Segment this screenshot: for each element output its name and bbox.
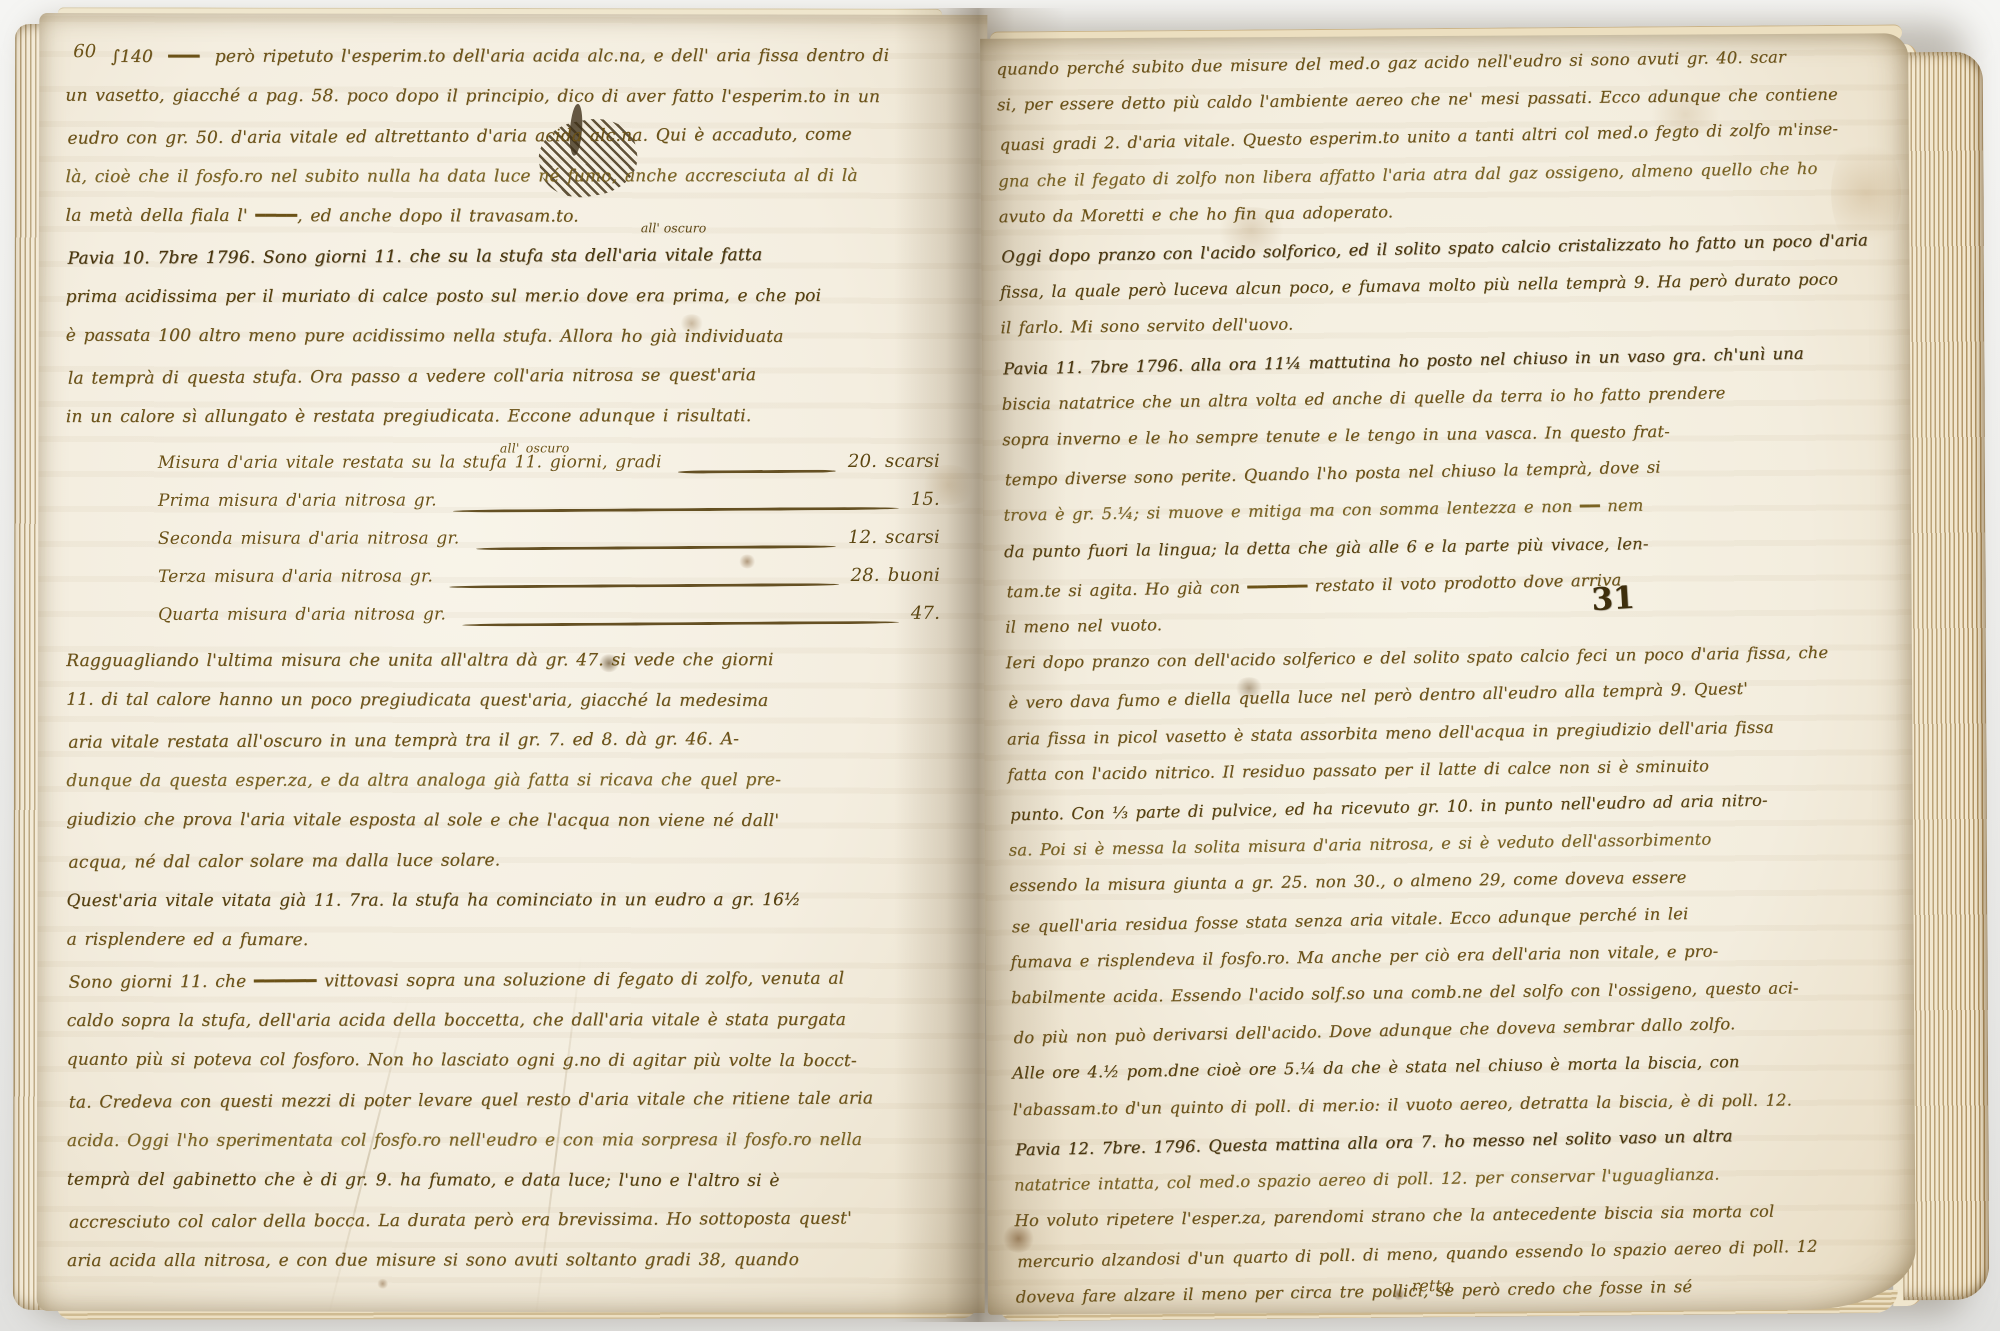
ruled-line xyxy=(453,507,899,513)
right-page-lines: quando perché subito due misure del med.… xyxy=(996,37,1916,1315)
manuscript-line: la temprà di questa stufa. Ora passo a v… xyxy=(68,354,934,399)
ruled-line xyxy=(462,621,899,627)
measurement-label: Prima misura d'aria nitrosa gr. xyxy=(158,481,437,521)
manuscript-line: aria vitale restata all'oscuro in una te… xyxy=(68,718,934,763)
left-page-upper-lines: ∫140 ━━━ però ripetuto l'esperim.to dell… xyxy=(65,36,932,437)
measurement-value: 15. xyxy=(911,480,940,520)
manuscript-line: un vasetto, giacché a pag. 58. poco dopo… xyxy=(65,76,931,118)
left-page: 60 all' oscuro ∫140 ━━━ però ripetuto l'… xyxy=(37,13,988,1313)
manuscript-line: ∫140 ━━━ però ripetuto l'esperim.to dell… xyxy=(65,36,931,77)
manuscript-line: acida. Oggi l'ho sperimentata col fosfo.… xyxy=(67,1120,933,1161)
right-page: 61 31 retta quando perché subito due mis… xyxy=(980,33,1916,1315)
measurement-label: Misura d'aria vitale restata su la stufa… xyxy=(158,442,662,483)
right-page-text: quando perché subito due misure del med.… xyxy=(996,37,1916,1315)
manuscript-line: Sono giorni 11. che ━━━━━━ vittovasi sop… xyxy=(69,958,935,1003)
manuscript-line: 11. di tal calore hanno un poco pregiudi… xyxy=(66,680,932,722)
measurement-label: Quarta misura d'aria nitrosa gr. xyxy=(158,595,446,635)
measurement-value: 47. xyxy=(911,594,940,634)
manuscript-line: in un calore sì allungato è restata preg… xyxy=(66,396,932,437)
manuscript-line: là, cioè che il fosfo.ro nel subito null… xyxy=(65,156,931,197)
ruled-line xyxy=(476,545,836,550)
manuscript-line: quanto più si poteva col fosforo. Non ho… xyxy=(67,1040,933,1082)
manuscript-line: Ragguagliando l'ultima misura che unita … xyxy=(66,640,932,681)
manuscript-line: acqua, né dal calor solare ma dalla luce… xyxy=(68,838,934,883)
manuscript-line: caldo sopra la stufa, dell'aria acida de… xyxy=(67,1000,933,1041)
manuscript-line: ta. Credeva con questi mezzi di poter le… xyxy=(69,1078,935,1123)
left-page-text: ∫140 ━━━ però ripetuto l'esperim.to dell… xyxy=(65,36,933,1281)
manuscript-line: Quest'aria vitale vitata già 11. 7ra. la… xyxy=(66,880,932,921)
measurement-value: 12. scarsi xyxy=(848,518,940,558)
ruled-line xyxy=(678,470,836,474)
manuscript-line: temprà del gabinetto che è di gr. 9. ha … xyxy=(67,1160,933,1202)
ruled-line xyxy=(449,583,839,589)
measurement-label: Terza misura d'aria nitrosa gr. xyxy=(158,557,433,597)
measurement-value: 20. scarsi xyxy=(848,442,940,482)
manuscript-line: aria acida alla nitrosa, e con due misur… xyxy=(67,1240,933,1281)
manuscript-line: giudizio che prova l'aria vitale esposta… xyxy=(66,800,932,842)
manuscript-line: a risplendere ed a fumare. xyxy=(67,920,933,962)
manuscript-line: accresciuto col calor della bocca. La du… xyxy=(69,1198,935,1243)
measurement-value: 28. buoni xyxy=(851,556,941,596)
measurement-label: Seconda misura d'aria nitrosa gr. xyxy=(158,519,460,559)
measurement-row: Prima misura d'aria nitrosa gr. 15. xyxy=(158,480,940,519)
manuscript-photo: 60 all' oscuro ∫140 ━━━ però ripetuto l'… xyxy=(0,0,2000,1331)
measurement-row: Seconda misura d'aria nitrosa gr. 12. sc… xyxy=(158,518,940,557)
manuscript-line: prima acidissima per il muriato di calce… xyxy=(66,276,932,317)
manuscript-line: è passata 100 altro meno pure acidissimo… xyxy=(66,316,932,358)
manuscript-line: Pavia 10. 7bre 1796. Sono giorni 11. che… xyxy=(68,234,934,279)
left-page-lower-lines: Ragguagliando l'ultima misura che unita … xyxy=(66,640,933,1281)
interlinear-insert: all' oscuro xyxy=(500,428,570,468)
measurement-table: all' oscuro Misura d'aria vitale restata… xyxy=(158,442,940,633)
manuscript-line: eudro con gr. 50. d'aria vitale ed altre… xyxy=(67,114,933,159)
manuscript-line: dunque da questa esper.za, e da altra an… xyxy=(66,760,932,801)
measurement-row: Terza misura d'aria nitrosa gr. 28. buon… xyxy=(158,556,940,595)
manuscript-line: la metà della fiala l' ━━━━, ed anche do… xyxy=(66,196,932,238)
measurement-row: Quarta misura d'aria nitrosa gr. 47. xyxy=(158,594,940,633)
